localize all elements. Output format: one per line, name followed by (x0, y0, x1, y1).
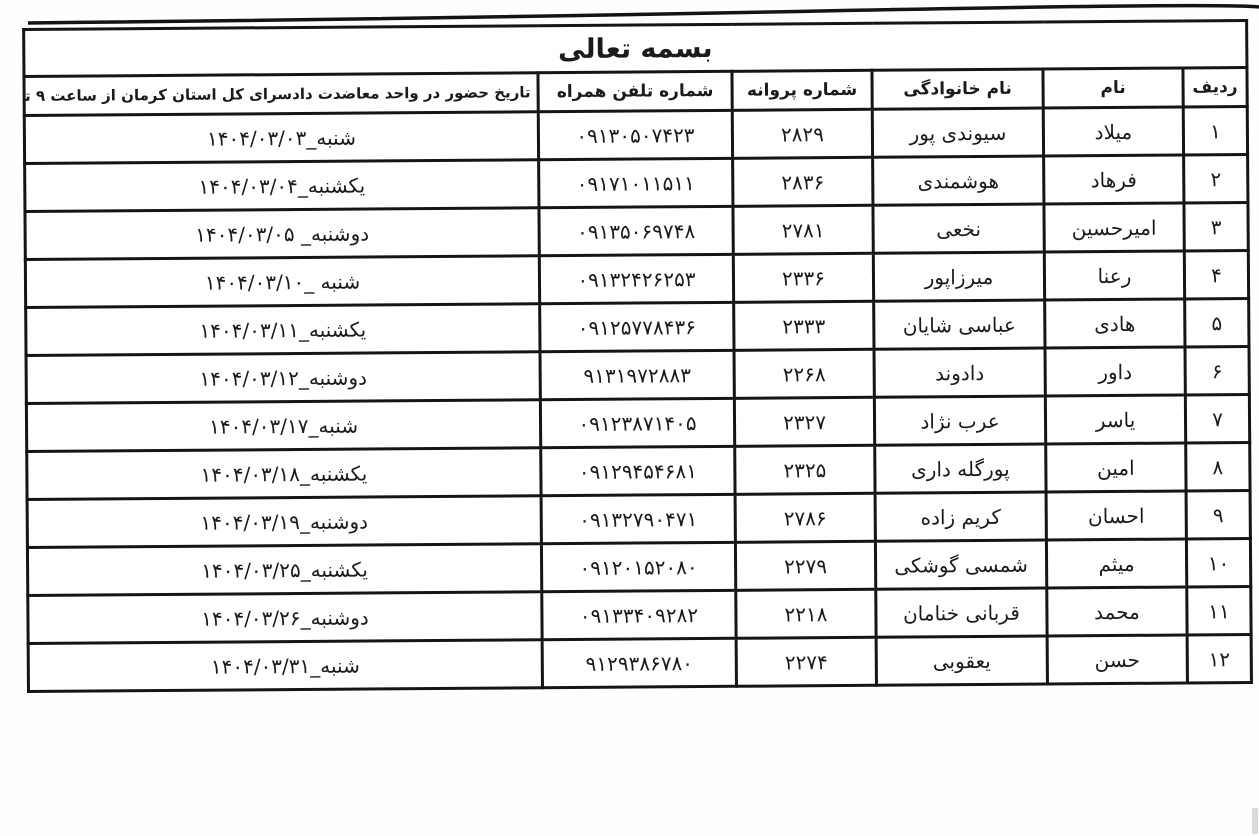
column-header-radif: ردیف (1183, 68, 1247, 107)
cell-date: شنبه_۱۴۰۴/۰۳/۳۱ (28, 640, 542, 692)
cell-family: کریم زاده (875, 492, 1046, 541)
cell-license: ۲۲۶۸ (734, 349, 874, 398)
cell-phone: ۰۹۱۳۳۴۰۹۲۸۲ (542, 590, 736, 639)
cell-family: میرزاپور (873, 252, 1044, 301)
attendance-table-container: بسمه تعالی ردیف نام نام خانوادگی شماره پ… (22, 19, 1253, 693)
cell-license: ۲۸۳۶ (733, 157, 873, 206)
cell-name: میلاد (1043, 107, 1183, 156)
column-header-date: تاریخ حضور در واحد معاضدت دادسرای کل است… (24, 73, 538, 116)
cell-radif: ۷ (1185, 395, 1249, 443)
cell-date: دوشنبه_۱۴۰۴/۰۳/۱۲ (26, 352, 540, 404)
cell-date: شنبه_۱۴۰۴/۰۳/۱۷ (26, 400, 540, 452)
cell-date: شنبه_۱۴۰۴/۰۳/۰۳ (24, 112, 538, 164)
cell-radif: ۹ (1186, 491, 1250, 539)
column-header-name: نام (1043, 68, 1183, 108)
column-header-family: نام خانوادگی (872, 69, 1043, 109)
cell-radif: ۴ (1184, 251, 1248, 299)
cell-family: سیوندی پور (872, 108, 1043, 157)
cell-phone: ۹۱۲۹۳۸۶۷۸۰ (542, 638, 736, 687)
cell-phone: ۰۹۱۳۰۵۰۷۴۲۳ (538, 110, 732, 159)
cell-phone: ۰۹۱۳۵۰۶۹۷۴۸ (539, 206, 733, 255)
cell-license: ۲۳۲۵ (735, 445, 875, 494)
cell-date: دوشنبه_۱۴۰۴/۰۳/۱۹ (27, 496, 541, 548)
cell-phone: ۰۹۱۲۰۱۵۲۰۸۰ (541, 542, 735, 591)
attendance-rows: ۱ میلاد سیوندی پور ۲۸۲۹ ۰۹۱۳۰۵۰۷۴۲۳ شنبه… (24, 107, 1251, 692)
cell-family: پورگله داری (875, 444, 1046, 493)
cell-name: فرهاد (1044, 155, 1184, 204)
cell-radif: ۱۰ (1186, 539, 1250, 587)
cell-phone: ۰۹۱۳۲۷۹۰۴۷۱ (541, 494, 735, 543)
cell-radif: ۱ (1183, 107, 1247, 155)
cell-radif: ۲ (1184, 155, 1248, 203)
cell-name: میثم (1046, 539, 1186, 588)
cell-license: ۲۷۸۱ (733, 205, 873, 254)
cell-family: قربانی خنامان (876, 588, 1047, 637)
cell-name: احسان (1046, 491, 1186, 540)
cell-license: ۲۸۲۹ (732, 109, 872, 158)
cell-phone: ۰۹۱۲۹۴۵۴۶۸۱ (541, 446, 735, 495)
cell-phone: ۰۹۱۳۲۴۲۶۲۵۳ (539, 254, 733, 303)
cell-radif: ۶ (1185, 347, 1249, 395)
cell-name: حسن (1047, 635, 1187, 684)
cell-phone: ۰۹۱۲۵۷۷۸۴۳۶ (540, 302, 734, 351)
cell-phone: ۰۹۱۲۳۸۷۱۴۰۵ (540, 398, 734, 447)
cell-name: یاسر (1045, 395, 1185, 444)
cell-family: هوشمندی (873, 156, 1044, 205)
cell-date: دوشنبه_۱۴۰۴/۰۳/۲۶ (28, 592, 542, 644)
cell-family: دادوند (874, 348, 1045, 397)
cell-name: داور (1045, 347, 1185, 396)
cell-license: ۲۳۳۳ (734, 301, 874, 350)
cell-family: نخعی (873, 204, 1044, 253)
cell-name: امین (1046, 443, 1186, 492)
cell-radif: ۱۱ (1187, 587, 1251, 635)
cell-license: ۲۲۷۹ (735, 541, 875, 590)
cell-name: رعنا (1044, 251, 1184, 300)
cell-family: عباسی شایان (874, 300, 1045, 349)
column-header-license: شماره پروانه (732, 70, 872, 110)
cell-date: یکشنبه_۱۴۰۴/۰۳/۱۸ (27, 448, 541, 500)
cell-family: شمسی گوشکی (875, 540, 1046, 589)
cell-license: ۲۷۸۶ (735, 493, 875, 542)
cell-date: دوشنبه_ ۱۴۰۴/۰۳/۰۵ (25, 208, 539, 260)
cell-license: ۲۳۲۷ (734, 397, 874, 446)
attendance-table: بسمه تعالی ردیف نام نام خانوادگی شماره پ… (22, 19, 1253, 693)
table-row: ۱۲ حسن یعقوبی ۲۲۷۴ ۹۱۲۹۳۸۶۷۸۰ شنبه_۱۴۰۴/… (28, 635, 1251, 692)
cell-radif: ۳ (1184, 203, 1248, 251)
cell-date: یکشنبه_۱۴۰۴/۰۳/۰۴ (25, 160, 539, 212)
cell-license: ۲۲۷۴ (736, 637, 876, 686)
cell-family: عرب نژاد (874, 396, 1045, 445)
cell-radif: ۱۲ (1187, 635, 1251, 683)
scan-corner-artifact (1252, 808, 1258, 834)
cell-date: یکشنبه_۱۴۰۴/۰۳/۱۱ (26, 304, 540, 356)
cell-name: امیرحسین (1044, 203, 1184, 252)
cell-phone: ۹۱۳۱۹۷۲۸۸۳ (540, 350, 734, 399)
cell-phone: ۰۹۱۷۱۰۱۱۵۱۱ (539, 158, 733, 207)
cell-name: محمد (1047, 587, 1187, 636)
cell-license: ۲۳۳۶ (733, 253, 873, 302)
cell-name: هادی (1045, 299, 1185, 348)
cell-radif: ۸ (1186, 443, 1250, 491)
cell-family: یعقوبی (876, 636, 1047, 685)
cell-date: یکشنبه_۱۴۰۴/۰۳/۲۵ (27, 544, 541, 596)
scanned-document-page: بسمه تعالی ردیف نام نام خانوادگی شماره پ… (0, 0, 1259, 836)
cell-radif: ۵ (1185, 299, 1249, 347)
cell-license: ۲۲۱۸ (736, 589, 876, 638)
column-header-phone: شماره تلفن همراه (538, 71, 732, 111)
cell-date: شنبه _۱۴۰۴/۰۳/۱۰ (25, 256, 539, 308)
